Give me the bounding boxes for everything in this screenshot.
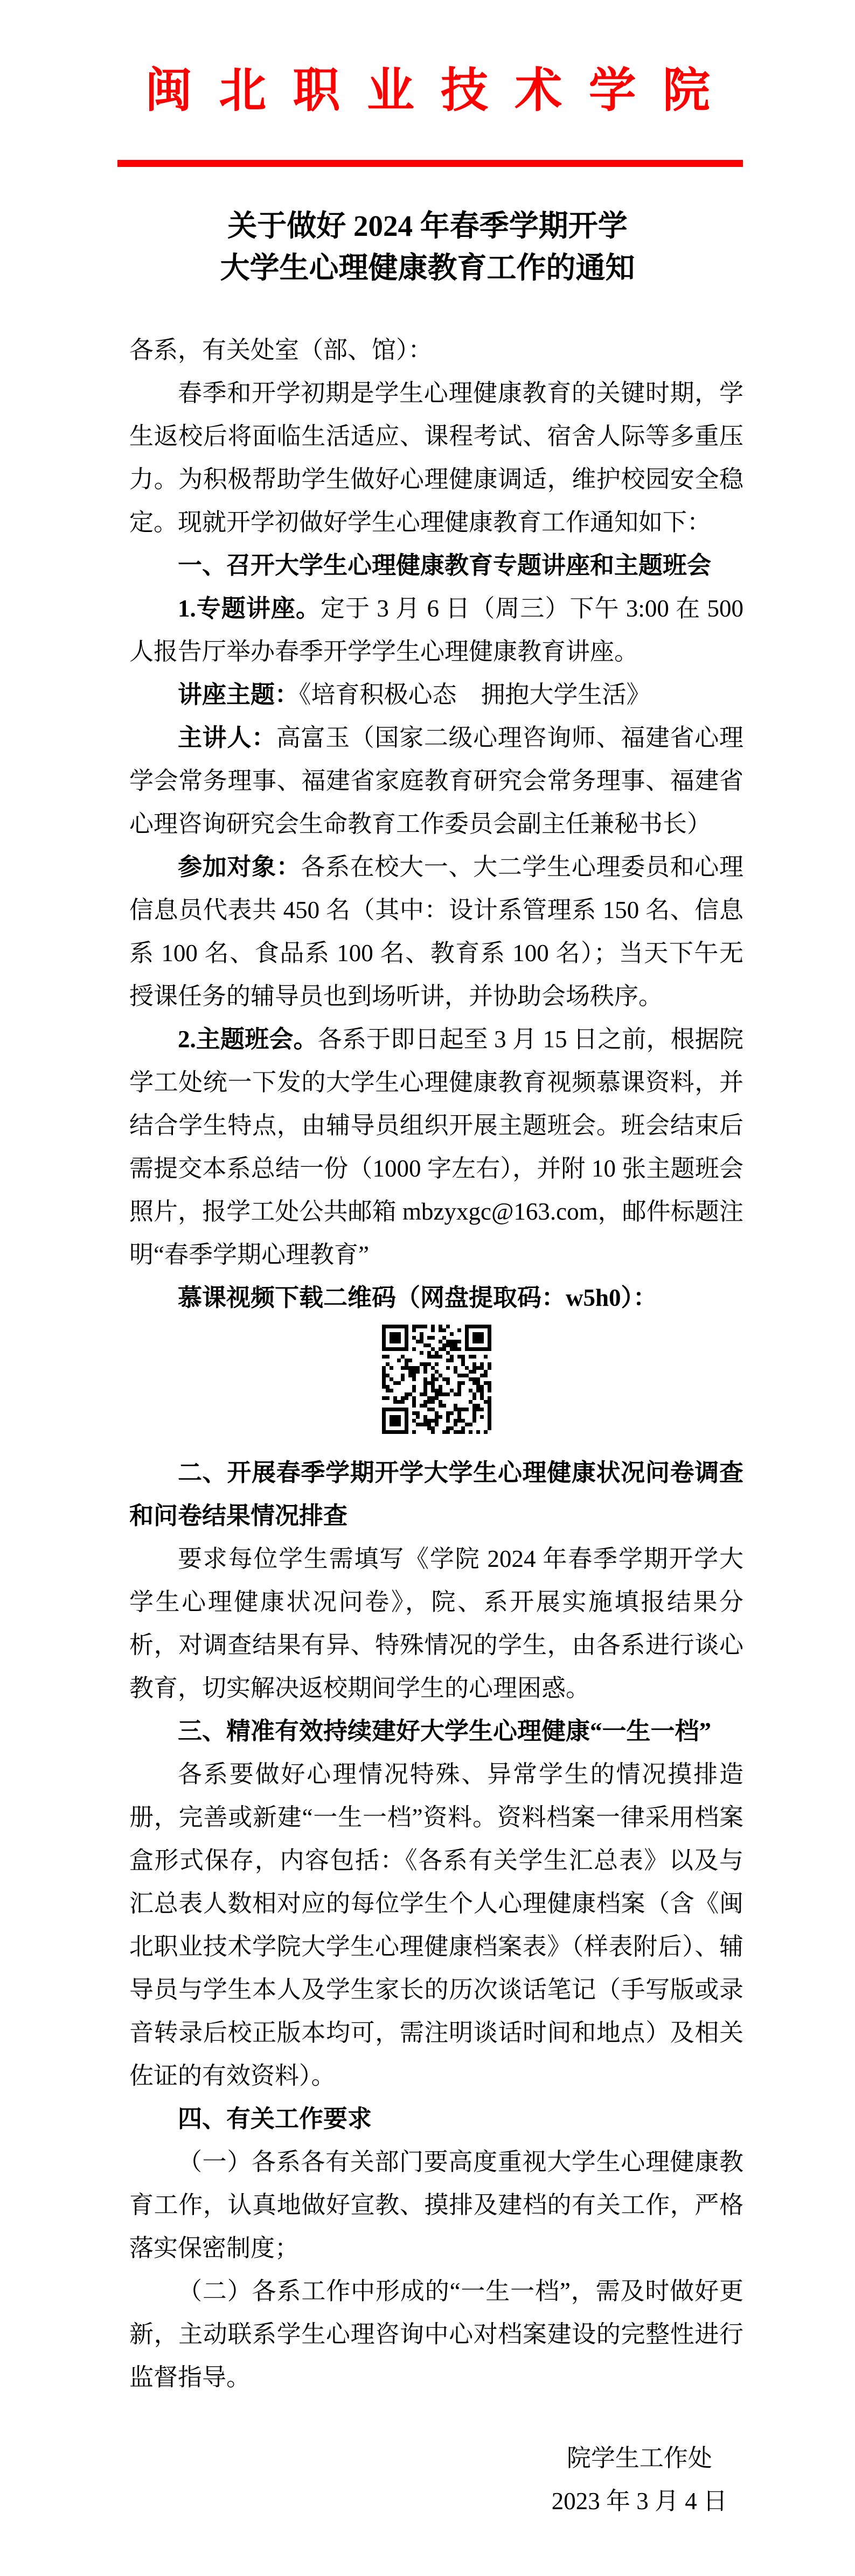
paragraph-text: （一）各系各有关部门要高度重视大学生心理健康教育工作，认真地做好宣教、摸排及建档… — [129, 2148, 743, 2262]
section-heading: 三、精准有效持续建好大学生心理健康“一生一档” — [129, 1710, 743, 1753]
paragraph-text: 各系要做好心理情况特殊、异常学生的情况摸排造册，完善或新建“一生一档”资料。资料… — [129, 1761, 743, 2089]
qr-code — [129, 1325, 743, 1437]
body-paragraph: 讲座主题：《培育积极心态 拥抱大学生活》 — [129, 673, 743, 716]
title-line-2: 大学生心理健康教育工作的通知 — [220, 251, 635, 284]
paragraph-lead-bold: 慕课视频下载二维码（网盘提取码：w5h0）： — [178, 1284, 657, 1311]
signature-date: 2023 年 3 月 4 日 — [552, 2480, 727, 2523]
paragraph-lead-bold: 主讲人： — [178, 724, 276, 751]
document-title: 关于做好 2024 年春季学期开学 大学生心理健康教育工作的通知 — [0, 205, 855, 289]
red-divider — [117, 160, 743, 167]
body-paragraph: 要求每位学生需填写《学院 2024 年春季学期开学大学生心理健康状况问卷》，院、… — [129, 1537, 743, 1710]
body-paragraph: 主讲人：高富玉（国家二级心理咨询师、福建省心理学会常务理事、福建省家庭教育研究会… — [129, 716, 743, 845]
school-name: 闽北职业技术学院 — [0, 0, 855, 132]
body-paragraph: 参加对象：各系在校大一、大二学生心理委员和心理信息员代表共 450 名（其中：设… — [129, 845, 743, 1018]
paragraph-text: （二）各系工作中形成的“一生一档”，需及时做好更新，主动联系学生心理咨询中心对档… — [129, 2278, 743, 2391]
paragraph-lead-bold: 一、召开大学生心理健康教育专题讲座和主题班会 — [178, 552, 711, 579]
section-heading: 一、召开大学生心理健康教育专题讲座和主题班会 — [129, 544, 743, 587]
section-heading: 二、开展春季学期开学大学生心理健康状况问卷调查和问卷结果情况排查 — [129, 1451, 743, 1537]
paragraph-text: 《培育积极心态 拥抱大学生活》 — [299, 681, 651, 708]
paragraph-lead-bold: 1.专题讲座。 — [178, 595, 321, 622]
body-paragraph: （一）各系各有关部门要高度重视大学生心理健康教育工作，认真地做好宣教、摸排及建档… — [129, 2140, 743, 2270]
signature-inner: 院学生工作处 2023 年 3 月 4 日 — [552, 2437, 727, 2523]
body-paragraph: 1.专题讲座。定于 3 月 6 日（周三）下午 3:00 在 500 人报告厅举… — [129, 587, 743, 673]
paragraph-lead-bold: 讲座主题： — [178, 681, 299, 708]
qr-code-image — [382, 1325, 491, 1434]
paragraph-text: 各系于即日起至 3 月 15 日之前，根据院学工处统一下发的大学生心理健康教育视… — [129, 1026, 743, 1268]
salutation: 各系，有关处室（部、馆）： — [129, 328, 743, 372]
body-paragraph: 春季和开学初期是学生心理健康教育的关键时期，学生返校后将面临生活适应、课程考试、… — [129, 372, 743, 544]
body-paragraph: 各系要做好心理情况特殊、异常学生的情况摸排造册，完善或新建“一生一档”资料。资料… — [129, 1753, 743, 2097]
paragraph-text: 要求每位学生需填写《学院 2024 年春季学期开学大学生心理健康状况问卷》，院、… — [129, 1545, 743, 1702]
signature-block: 院学生工作处 2023 年 3 月 4 日 — [0, 2437, 855, 2523]
paragraph-lead-bold: 四、有关工作要求 — [178, 2105, 372, 2132]
paragraph-lead-bold: 参加对象： — [178, 853, 301, 880]
document-body: 春季和开学初期是学生心理健康教育的关键时期，学生返校后将面临生活适应、课程考试、… — [0, 372, 855, 2399]
paragraph-lead-bold: 三、精准有效持续建好大学生心理健康“一生一档” — [178, 1718, 711, 1745]
body-paragraph: （二）各系工作中形成的“一生一档”，需及时做好更新，主动联系学生心理咨询中心对档… — [129, 2270, 743, 2399]
document-page: 闽北职业技术学院 关于做好 2024 年春季学期开学 大学生心理健康教育工作的通… — [0, 0, 855, 2576]
section-heading: 四、有关工作要求 — [129, 2097, 743, 2140]
paragraph-lead-bold: 2.主题班会。 — [178, 1026, 318, 1053]
body-paragraph: 慕课视频下载二维码（网盘提取码：w5h0）： — [129, 1276, 743, 1319]
paragraph-text: 春季和开学初期是学生心理健康教育的关键时期，学生返校后将面临生活适应、课程考试、… — [129, 380, 743, 536]
body-paragraph: 2.主题班会。各系于即日起至 3 月 15 日之前，根据院学工处统一下发的大学生… — [129, 1018, 743, 1276]
paragraph-lead-bold: 二、开展春季学期开学大学生心理健康状况问卷调查和问卷结果情况排查 — [129, 1459, 743, 1529]
title-line-1: 关于做好 2024 年春季学期开学 — [227, 209, 628, 242]
signature-department: 院学生工作处 — [552, 2437, 727, 2480]
letterhead: 闽北职业技术学院 — [0, 0, 855, 167]
